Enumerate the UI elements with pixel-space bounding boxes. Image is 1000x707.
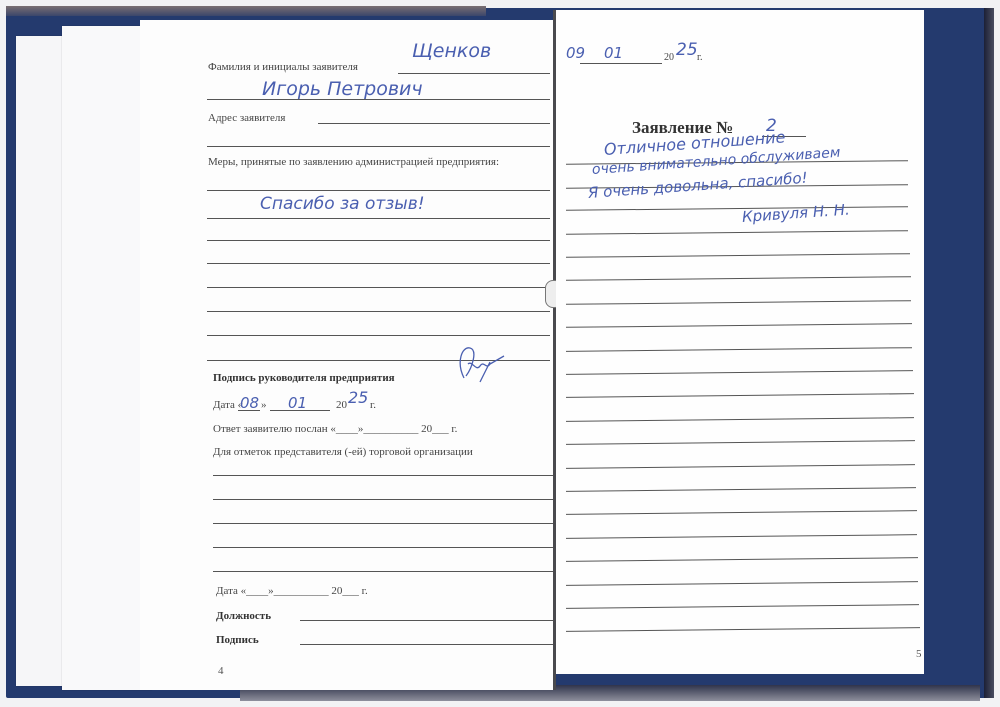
- bottom-date-label: Дата «____»__________ 20___ г.: [216, 585, 368, 597]
- signature-label: Подпись: [216, 634, 259, 646]
- reply-sent-label: Ответ заявителю послан «____»__________ …: [213, 423, 457, 435]
- cover-edge-top: [6, 6, 486, 16]
- cover-edge-right: [984, 8, 994, 698]
- form-line: [207, 218, 550, 219]
- form-line: [207, 240, 550, 241]
- position-label: Должность: [216, 610, 271, 622]
- date-quote-close: »: [261, 399, 267, 411]
- form-line: [207, 263, 550, 264]
- trade-org-label: Для отметок представителя (-ей) торговой…: [213, 446, 473, 458]
- form-line: [213, 499, 553, 500]
- measures-label: Меры, принятые по заявлению администраци…: [208, 156, 499, 168]
- header-year-suffix: 25: [676, 40, 698, 60]
- page-number-right: 5: [916, 648, 922, 660]
- date-day-line: [238, 410, 260, 411]
- form-line: [213, 523, 553, 524]
- form-line: [207, 287, 550, 288]
- page-number-left: 4: [218, 665, 224, 677]
- form-line: [213, 571, 553, 572]
- date-year-handwritten: 25: [348, 388, 368, 407]
- form-line: [207, 335, 550, 336]
- header-year-unit: г.: [697, 52, 702, 63]
- form-line: [213, 547, 553, 548]
- form-line: [207, 146, 550, 147]
- manager-signature-icon: [450, 342, 506, 386]
- measures-handwritten: Спасибо за отзыв!: [260, 194, 425, 214]
- right-page: [556, 10, 924, 674]
- applicant-surname-handwritten: Щенков: [412, 40, 491, 62]
- applicant-name-line: [398, 73, 550, 74]
- header-date-month: 01: [604, 44, 623, 62]
- form-line: [207, 190, 550, 191]
- date-month-handwritten: 01: [288, 394, 307, 412]
- header-date-day: 09: [566, 44, 585, 62]
- page-stack-leaf: [62, 26, 152, 690]
- manager-signature-label: Подпись руководителя предприятия: [213, 372, 395, 384]
- date-year-prefix: 20: [336, 399, 347, 411]
- form-line: [213, 475, 553, 476]
- signature-line: [300, 644, 553, 645]
- applicant-name-handwritten: Игорь Петрович: [262, 78, 423, 100]
- applicant-name-label: Фамилия и инициалы заявителя: [208, 61, 358, 73]
- form-line: [207, 99, 550, 100]
- address-label: Адрес заявителя: [208, 112, 285, 124]
- position-line: [300, 620, 553, 621]
- form-line: [207, 311, 550, 312]
- header-year-prefix: 20: [664, 52, 674, 63]
- header-date-line: [580, 63, 662, 64]
- date-suffix: г.: [370, 399, 376, 411]
- address-line: [318, 123, 550, 124]
